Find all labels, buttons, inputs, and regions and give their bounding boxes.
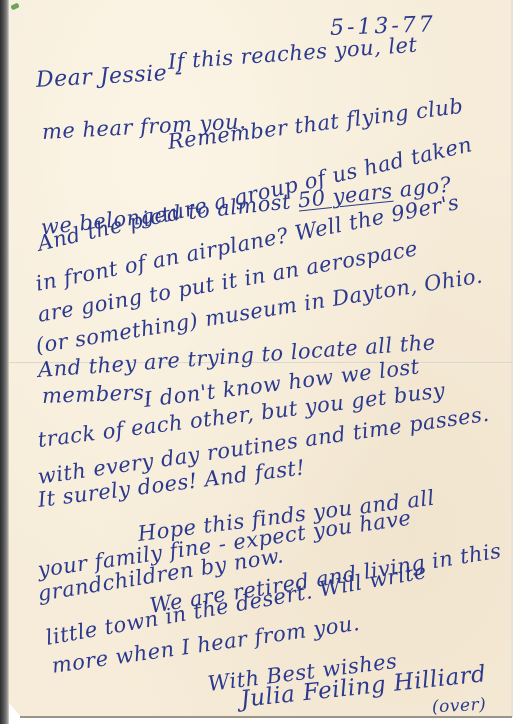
paper-right-edge bbox=[511, 0, 513, 717]
over-note: (over) bbox=[432, 697, 487, 717]
scanner-edge bbox=[0, 0, 9, 724]
letter-line: members. bbox=[42, 382, 152, 407]
